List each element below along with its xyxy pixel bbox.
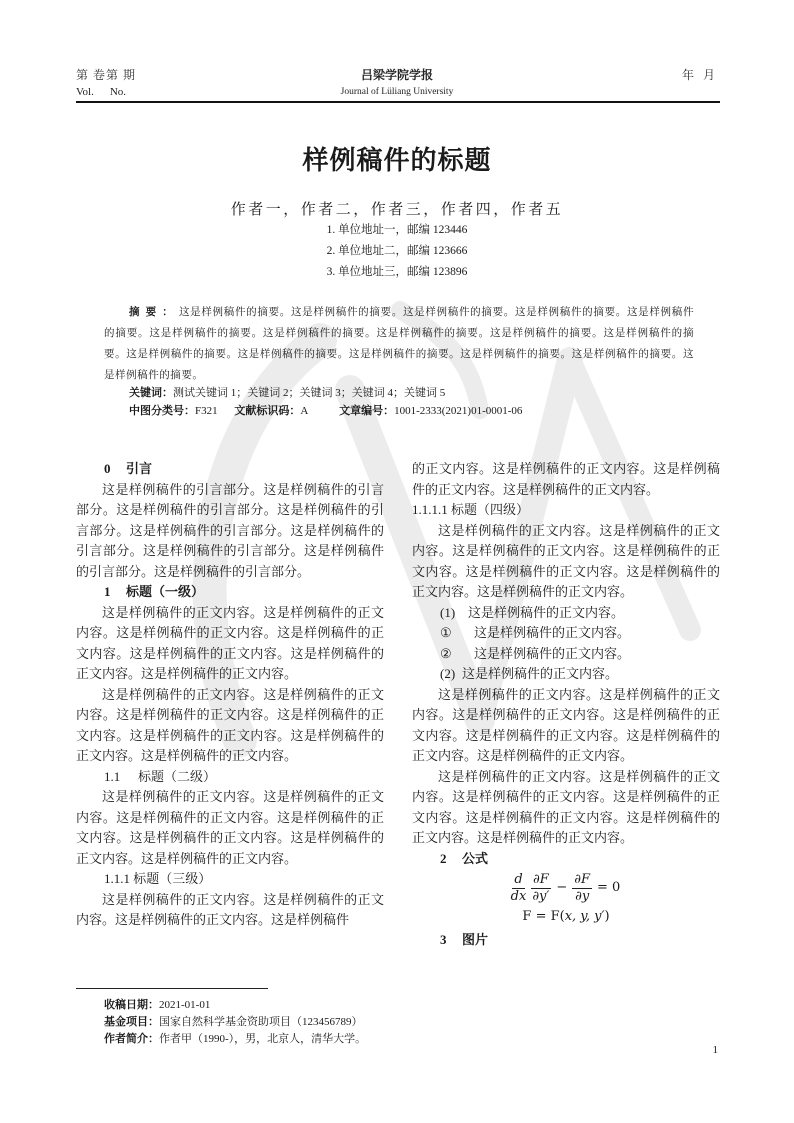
body-paragraph-continued: 的正文内容。这是样例稿件的正文内容。这是样例稿件的正文内容。这是样例稿件的正文内… — [412, 459, 720, 500]
journal-name-en: Journal of Lüliang University — [0, 87, 794, 97]
abstract-text: 这是样例稿件的摘要。这是样例稿件的摘要。这是样例稿件的摘要。这是样例稿件的摘要。… — [104, 307, 694, 381]
list-item: ②这是样例稿件的正文内容。 — [412, 644, 720, 665]
journal-name-cn: 吕梁学院学报 — [0, 66, 794, 83]
footnote-author-bio: 作者简介：作者甲（1990-），男，北京人，清华大学。 — [104, 1030, 366, 1046]
footnote-rule — [76, 988, 268, 989]
list-item: ①这是样例稿件的正文内容。 — [412, 623, 720, 644]
keywords-text: 测试关键词 1；关键词 2；关键词 3；关键词 4；关键词 5 — [173, 387, 445, 399]
body-paragraph: 这是样例稿件的正文内容。这是样例稿件的正文内容。这是样例稿件的正文内容。这是样例… — [412, 685, 720, 767]
keywords: 关键词：测试关键词 1；关键词 2；关键词 3；关键词 4；关键词 5 — [129, 384, 445, 400]
section-heading-1-1-1-1: 1.1.1.1 标题（四级） — [412, 500, 720, 521]
article-title: 样例稿件的标题 — [0, 140, 794, 177]
section-heading-0: 0引言 — [76, 459, 384, 480]
body-paragraph: 这是样例稿件的正文内容。这是样例稿件的正文内容。这是样例稿件的正文内容。这是样例… — [76, 787, 384, 869]
doc-code-value: A — [300, 405, 308, 417]
affiliation-3: 3. 单位地址三，邮编 123896 — [0, 263, 794, 279]
body-paragraph: 这是样例稿件的正文内容。这是样例稿件的正文内容。这是样例稿件的正文内容。这是样例… — [76, 603, 384, 685]
section-heading-1-1-1: 1.1.1 标题（三级） — [76, 869, 384, 890]
classification-line: 中图分类号：F321 文献标识码：A 文章编号：1001-2333(2021)0… — [129, 402, 522, 418]
equation-functional: F = F(x, y, y′) — [412, 907, 720, 928]
abstract-label: 摘要： — [129, 306, 179, 318]
equation-euler-lagrange: ddx∂F∂y′−∂F∂y= 0 — [412, 872, 720, 905]
section-heading-3: 3图片 — [412, 930, 720, 951]
list-item: (2)这是样例稿件的正文内容。 — [412, 664, 720, 685]
page-number: 1 — [713, 1044, 719, 1056]
affiliation-2: 2. 单位地址二，邮编 123666 — [0, 242, 794, 258]
clc-value: F321 — [195, 405, 218, 417]
article-no-label: 文章编号： — [339, 405, 394, 417]
list-item: (1)这是样例稿件的正文内容。 — [412, 603, 720, 624]
footnote-received: 收稿日期：2021-01-01 — [104, 996, 210, 1012]
author-list: 作者一，作者二，作者三，作者四，作者五 — [0, 198, 794, 219]
year-month-cn: 年 月 — [682, 66, 718, 83]
body-paragraph: 这是样例稿件的正文内容。这是样例稿件的正文内容。这是样例稿件的正文内容。这是样例… — [76, 685, 384, 767]
section-heading-1-1: 1.1标题（二级） — [76, 767, 384, 788]
doc-code-label: 文献标识码： — [234, 405, 300, 417]
body-column-left: 0引言 这是样例稿件的引言部分。这是样例稿件的引言部分。这是样例稿件的引言部分。… — [76, 459, 384, 931]
intro-paragraph: 这是样例稿件的引言部分。这是样例稿件的引言部分。这是样例稿件的引言部分。这是样例… — [76, 480, 384, 583]
clc-label: 中图分类号： — [129, 405, 195, 417]
keywords-label: 关键词： — [129, 387, 173, 399]
header-rule — [76, 101, 720, 103]
body-paragraph: 这是样例稿件的正文内容。这是样例稿件的正文内容。这是样例稿件的正文内容。这是样例… — [76, 890, 384, 931]
body-paragraph: 这是样例稿件的正文内容。这是样例稿件的正文内容。这是样例稿件的正文内容。这是样例… — [412, 521, 720, 603]
body-paragraph: 这是样例稿件的正文内容。这是样例稿件的正文内容。这是样例稿件的正文内容。这是样例… — [412, 767, 720, 849]
affiliation-1: 1. 单位地址一，邮编 123446 — [0, 221, 794, 237]
section-heading-1: 1标题（一级） — [76, 582, 384, 603]
footnote-fund: 基金项目：国家自然科学基金资助项目（123456789） — [104, 1013, 363, 1029]
article-no-value: 1001-2333(2021)01-0001-06 — [394, 405, 522, 417]
body-column-right: 的正文内容。这是样例稿件的正文内容。这是样例稿件的正文内容。这是样例稿件的正文内… — [412, 459, 720, 950]
abstract: 摘要：这是样例稿件的摘要。这是样例稿件的摘要。这是样例稿件的摘要。这是样例稿件的… — [104, 302, 694, 386]
section-heading-2: 2公式 — [412, 849, 720, 870]
